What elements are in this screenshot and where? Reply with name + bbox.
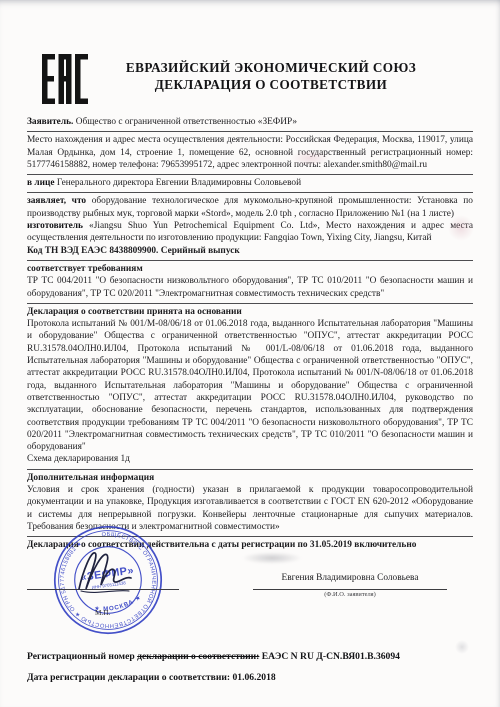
registration-footer: Регистрационный номер декларации о соотв… — [0, 637, 500, 683]
document-body: Заявитель. Общество с ограниченной ответ… — [0, 104, 500, 555]
declares-label: заявляет, что — [27, 196, 86, 206]
document-header: ЕВРАЗИЙСКИЙ ЭКОНОМИЧЕСКИЙ СОЮЗ ДЕКЛАРАЦИ… — [0, 0, 500, 104]
document-titles: ЕВРАЗИЙСКИЙ ЭКОНОМИЧЕСКИЙ СОЮЗ ДЕКЛАРАЦИ… — [80, 54, 462, 93]
scheme-line: Схема декларирования 1д — [27, 453, 473, 465]
reg-date-value: 01.06.2018 — [233, 672, 276, 683]
union-title: ЕВРАЗИЙСКИЙ ЭКОНОМИЧЕСКИЙ СОЮЗ — [80, 59, 462, 76]
additional-heading: Дополнительная информация — [27, 472, 473, 484]
signer-name-line — [253, 589, 447, 590]
registration-date-line: Дата регистрации декларации о соответств… — [27, 672, 473, 683]
registration-number-line: Регистрационный номер декларации о соотв… — [27, 651, 473, 662]
applicant-line: Заявитель. Общество с ограниченной ответ… — [27, 116, 473, 128]
manufacturer-label: изготовитель — [27, 221, 83, 231]
manufacturer-line: изготовитель «Jiangsu Shuo Yun Petrochem… — [27, 220, 473, 245]
reg-number-value: ЕАЭС N RU Д-CN.ВЯ01.В.36094 — [262, 651, 400, 662]
address-section: Место нахождения и адрес места осуществл… — [27, 132, 473, 175]
representative-line: в лице Генерального директора Евгении Вл… — [27, 177, 473, 189]
basis-text: Протокола испытаний № 001/М-08/06/18 от … — [27, 318, 473, 453]
declaration-title: ДЕКЛАРАЦИЯ О СООТВЕТСТВИИ — [80, 76, 462, 93]
conforms-text: ТР ТС 004/2011 "О безопасности низковоль… — [27, 275, 473, 300]
basis-section: Декларация о соответствии принята на осн… — [27, 304, 473, 470]
declares-line: заявляет, что оборудование технологическ… — [27, 195, 473, 220]
manufacturer-text: «Jiangsu Shuo Yun Petrochemical Equipmen… — [27, 221, 473, 243]
representative-section: в лице Генерального директора Евгении Вл… — [27, 175, 473, 193]
applicant-section: Заявитель. Общество с ограниченной ответ… — [27, 114, 473, 132]
applicant-label: Заявитель. — [27, 117, 73, 127]
tnved-line: Код ТН ВЭД ЕАЭС 8438809900. Серийный вып… — [27, 245, 473, 257]
signature-block: ОБЩЕСТВО С ОГРАНИЧЕННОЙ ОТВЕТСТВЕННОСТЬЮ… — [27, 559, 473, 637]
in-person-value: Генерального директора Евгении Владимиро… — [57, 178, 301, 188]
in-person-label: в лице — [27, 178, 55, 188]
reg-number-prefix: Регистрационный номер — [27, 651, 135, 662]
declares-text: оборудование технологическое для мукомол… — [27, 196, 473, 218]
signature-scribble — [71, 543, 149, 603]
stamp-place-label: М.П. — [95, 609, 110, 617]
applicant-value: Общество с ограниченной ответственностью… — [76, 117, 297, 127]
requirements-section: соответствует требованиям ТР ТС 004/2011… — [27, 261, 473, 304]
signer-name: Евгения Владимировна Соловьева — [253, 573, 447, 583]
basis-heading: Декларация о соответствии принята на осн… — [27, 306, 473, 318]
address-text: Место нахождения и адрес места осуществл… — [27, 134, 473, 171]
declaration-document: ЕВРАЗИЙСКИЙ ЭКОНОМИЧЕСКИЙ СОЮЗ ДЕКЛАРАЦИ… — [0, 0, 500, 707]
product-section: заявляет, что оборудование технологическ… — [27, 193, 473, 260]
reg-date-label: Дата регистрации декларации о соответств… — [27, 672, 230, 683]
reg-number-struck-phrase: декларации о соответствии: — [137, 651, 259, 662]
conforms-heading: соответствует требованиям — [27, 263, 473, 275]
signer-caption: (Ф.И.О. заявителя) — [253, 591, 447, 598]
